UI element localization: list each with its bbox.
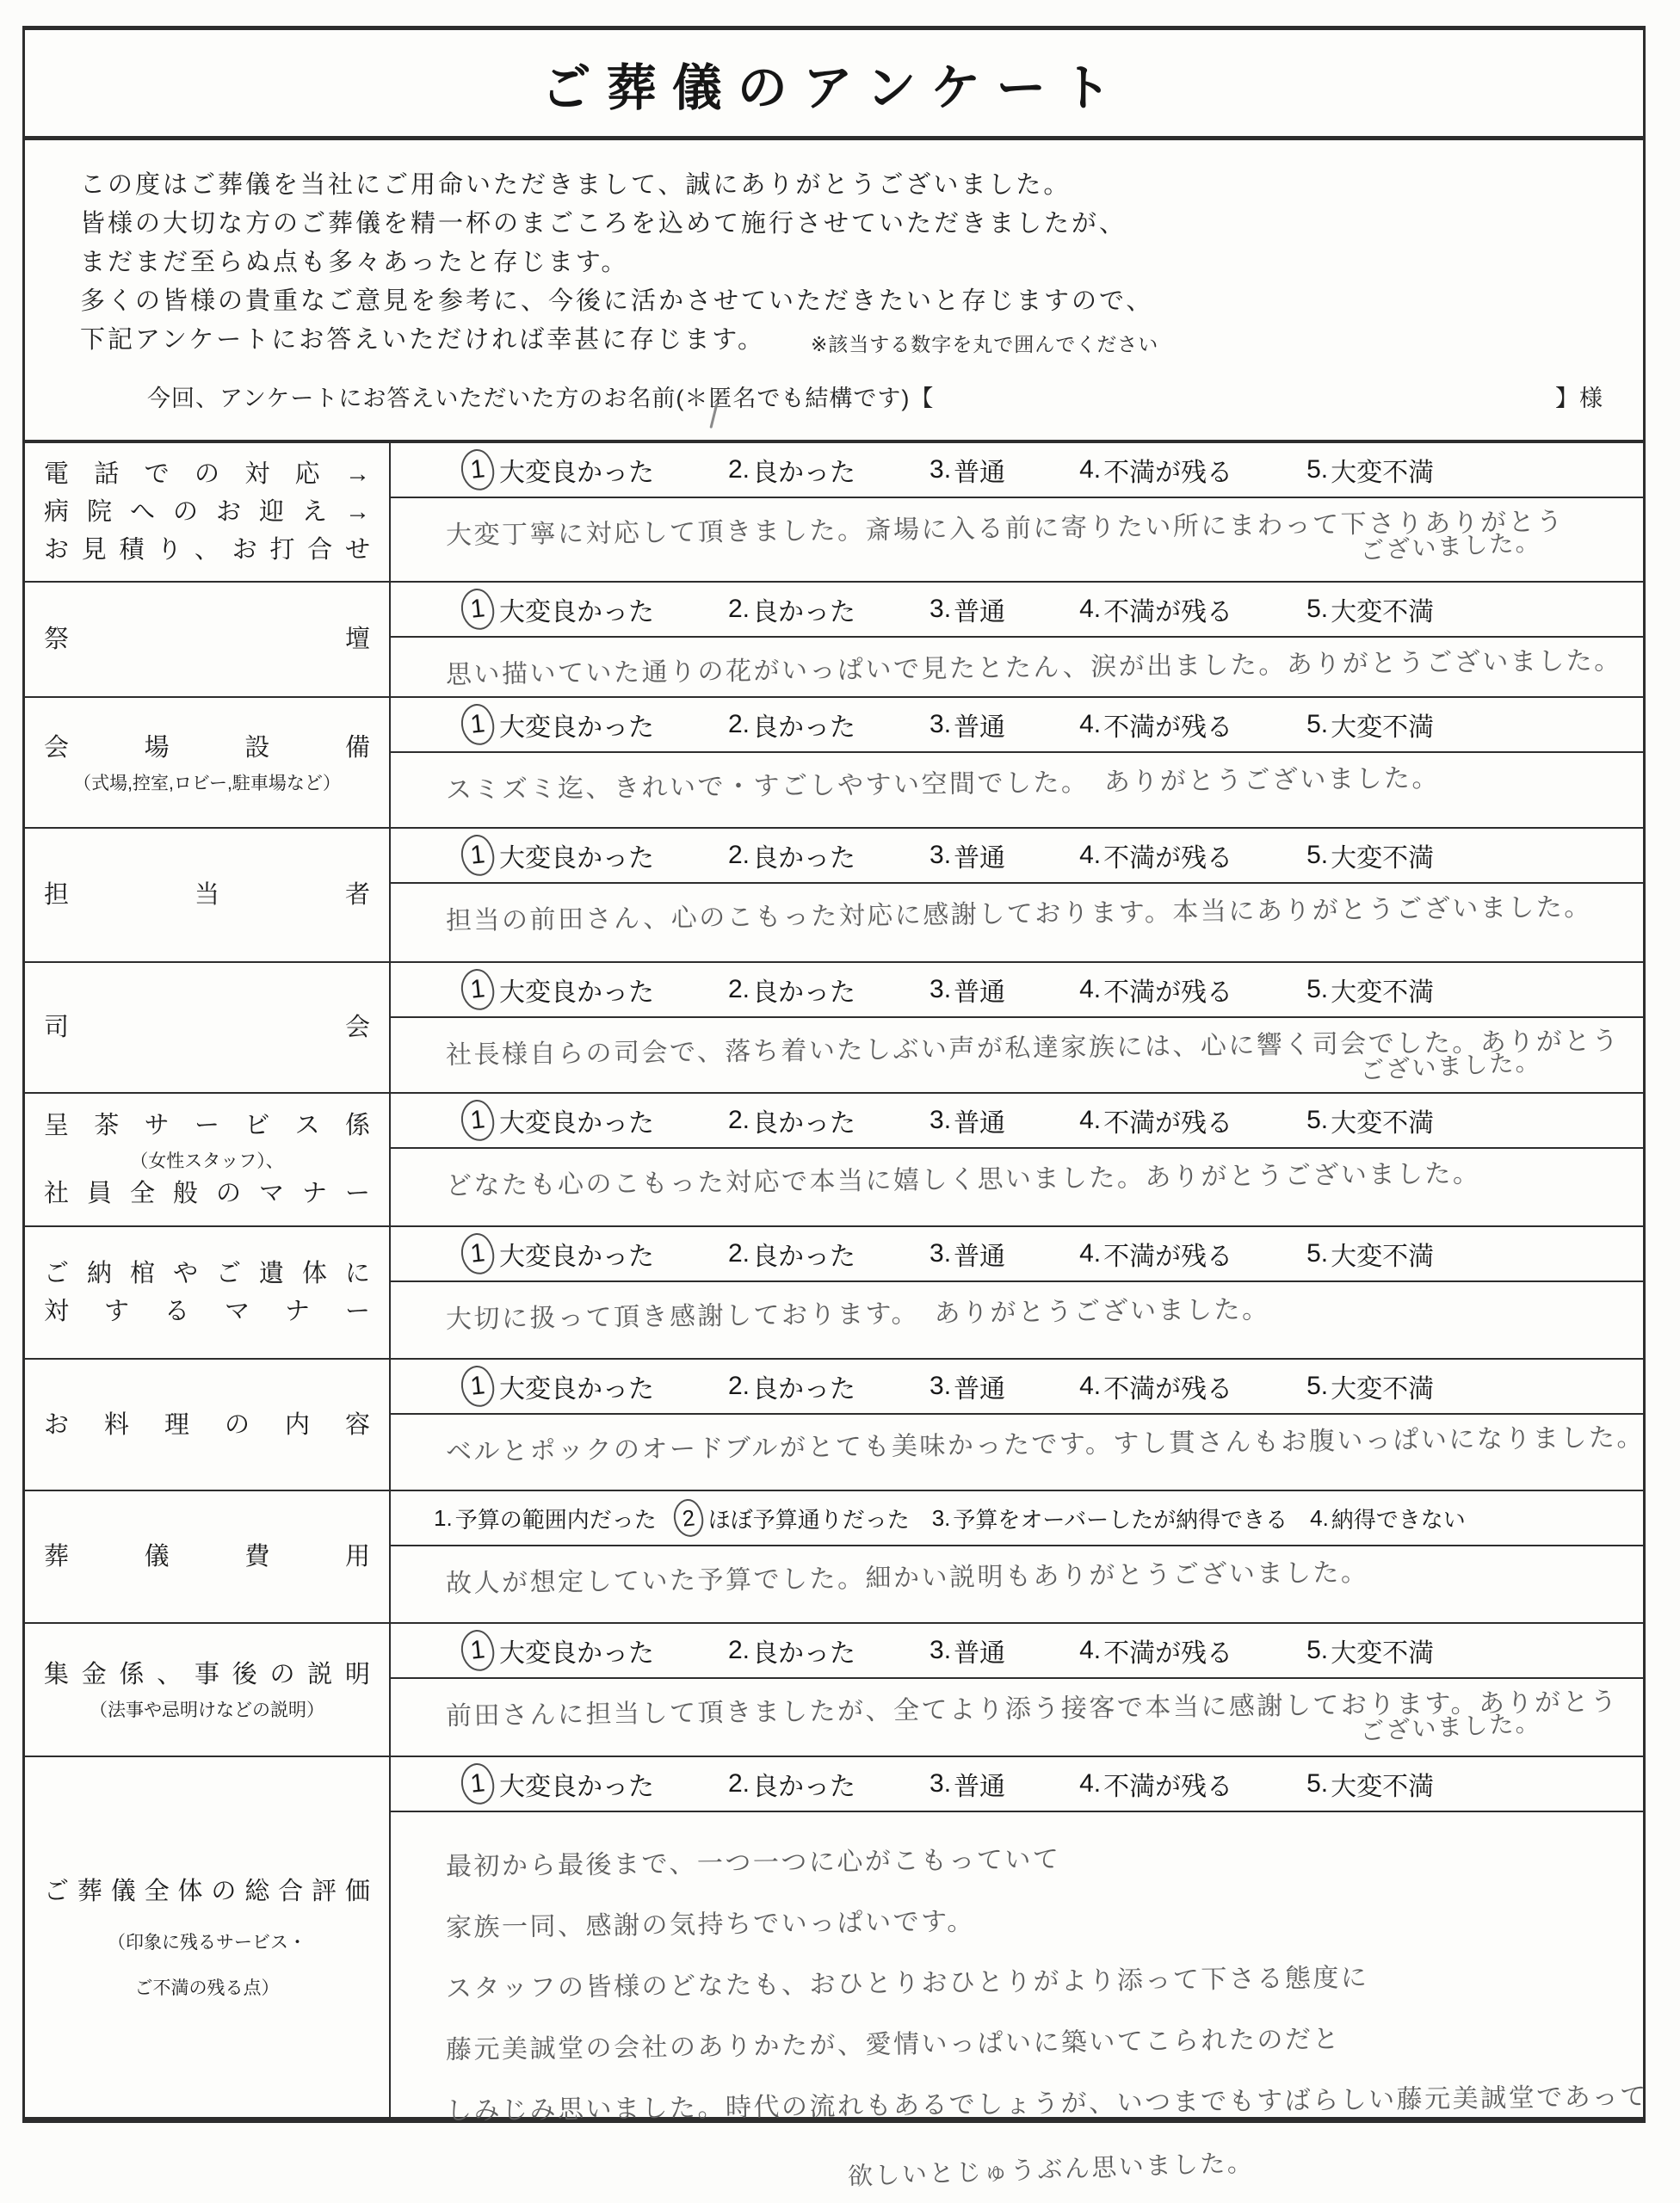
- rating-option: 3.普通: [930, 1235, 1005, 1273]
- category-label: 電話での対応→: [44, 455, 370, 493]
- category-label: （法事や忌明けなどの説明）: [44, 1697, 370, 1724]
- category-label: （女性スタッフ）、: [44, 1148, 370, 1175]
- option-number: 4.: [1310, 1505, 1329, 1532]
- option-number: 5.: [1306, 710, 1328, 739]
- category-label: 葬儀費用: [44, 1538, 370, 1576]
- rating-option: 5.大変不満: [1306, 1367, 1434, 1405]
- circled-number: 1: [460, 702, 497, 747]
- answer-cell: 1大変良かった2.良かった3.普通4.不満が残る5.大変不満 ベルとポックのオー…: [391, 1360, 1643, 1490]
- category-label: ご不満の残る点）: [44, 1975, 370, 2002]
- option-label: 大変良かった: [499, 1632, 654, 1669]
- option-label: 大変良かった: [499, 836, 654, 874]
- category-cell: 呈茶サービス係（女性スタッフ）、社員全般のマナー: [25, 1094, 391, 1225]
- option-label: 普通: [954, 590, 1005, 628]
- rating-option: 3.普通: [930, 451, 1005, 489]
- category-label: お料理の内容: [44, 1406, 370, 1444]
- intro-line: 多くの皆様の貴重なご意見を参考に、今後に活かさせていただきたいと存じますので、: [80, 282, 1626, 321]
- rating-option-selected: 1大変良かった: [466, 1366, 654, 1407]
- rating-option: 5.大変不満: [1306, 590, 1434, 628]
- category-cell: 祭壇: [25, 583, 391, 696]
- rating-option: 4.不満が残る: [1079, 1632, 1232, 1669]
- intro-line: 皆様の大切な方のご葬儀を精一杯のまごころを込めて施行させていただきましたが、: [80, 205, 1626, 244]
- instruction-note: ※該当する数字を丸で囲んでください: [811, 333, 1158, 355]
- option-label: 普通: [954, 451, 1005, 489]
- circled-number: 1: [460, 967, 497, 1012]
- option-label: 普通: [954, 1367, 1005, 1405]
- option-number: 3.: [930, 1106, 951, 1135]
- category-cell: お料理の内容: [25, 1360, 391, 1490]
- option-number: 3.: [930, 1372, 951, 1401]
- option-number: 2.: [728, 975, 750, 1004]
- comment-cell: 担当の前田さん、心のこもった対応に感謝しております。本当にありがとうございました…: [391, 884, 1643, 961]
- category-label: 呈茶サービス係: [44, 1107, 370, 1145]
- option-label: 大変不満: [1331, 706, 1434, 744]
- option-label: 大変良かった: [499, 451, 654, 489]
- circled-number: 1: [460, 1231, 497, 1276]
- page-title: ご葬儀のアンケート: [541, 47, 1127, 120]
- rating-option: 4.不満が残る: [1079, 1765, 1232, 1803]
- option-number: 2.: [728, 455, 750, 484]
- rating-option: 5.大変不満: [1306, 971, 1434, 1009]
- option-number: 5.: [1306, 841, 1328, 870]
- option-number: 4.: [1079, 975, 1101, 1004]
- option-number: 4.: [1079, 1106, 1101, 1135]
- survey-row: 葬儀費用 1.予算の範囲内だった2ほぼ予算通りだった3.予算をオーバーしたが納得…: [25, 1490, 1643, 1622]
- category-label: （式場,控室,ロビー,駐車場など）: [44, 770, 370, 797]
- option-label: 大変不満: [1331, 836, 1434, 874]
- category-cell: 司会: [25, 963, 391, 1092]
- rating-option: 5.大変不満: [1306, 1235, 1434, 1273]
- category-cell: ご納棺やご遺体に対するマナー: [25, 1227, 391, 1358]
- option-label: 大変良かった: [499, 1235, 654, 1273]
- category-label: 会場設備: [44, 729, 370, 767]
- option-number: 5.: [1306, 1636, 1328, 1665]
- rating-option: 2.良かった: [728, 706, 855, 744]
- survey-table: 電話での対応→病院へのお迎え→お見積り、お打合せ 1大変良かった2.良かった3.…: [25, 443, 1643, 2117]
- rating-options: 1大変良かった2.良かった3.普通4.不満が残る5.大変不満: [391, 963, 1643, 1018]
- rating-option: 3.普通: [930, 706, 1005, 744]
- name-prompt: 今回、アンケートにお答えいただいた方のお名前(＊匿名でも結構です)【: [147, 380, 934, 413]
- option-number: 5.: [1306, 455, 1328, 484]
- option-label: 不満が残る: [1103, 1367, 1232, 1405]
- comment-cell: 大変丁寧に対応して頂きました。斎場に入る前に寄りたい所にまわって下さりありがとう…: [391, 498, 1643, 588]
- option-number: 3.: [930, 455, 951, 484]
- rating-option: 5.大変不満: [1306, 706, 1434, 744]
- option-label: 良かった: [752, 451, 855, 489]
- rating-option-selected: 1大変良かった: [466, 704, 654, 745]
- circled-number: 1: [460, 1364, 497, 1409]
- option-number: 4.: [1079, 710, 1101, 739]
- intro-line: まだまだ至らぬ点も多々あったと存じます。: [80, 244, 1626, 282]
- rating-option-selected: 1大変良かった: [466, 969, 654, 1010]
- rating-option: 4.納得できない: [1310, 1503, 1466, 1534]
- option-number: 3.: [930, 710, 951, 739]
- rating-options: 1大変良かった2.良かった3.普通4.不満が残る5.大変不満: [391, 443, 1643, 498]
- circled-number: 1: [460, 447, 497, 492]
- respondent-name-line: 今回、アンケートにお答えいただいた方のお名前(＊匿名でも結構です)【 】様: [80, 380, 1626, 413]
- rating-option: 5.大変不満: [1306, 1632, 1434, 1669]
- rating-option: 3.予算をオーバーしたが納得できる: [932, 1503, 1288, 1534]
- option-number: 4.: [1079, 455, 1101, 484]
- answer-cell: 1.予算の範囲内だった2ほぼ予算通りだった3.予算をオーバーしたが納得できる4.…: [391, 1491, 1643, 1622]
- handwritten-comment: 故人が想定していた予算でした。細かい説明もありがとうございました。: [446, 1546, 1618, 1608]
- intro-line-text: 下記アンケートにお答えいただければ幸甚に存じます。: [80, 326, 765, 354]
- handwritten-comment: 大切に扱って頂き感謝しております。 ありがとうございました。: [446, 1281, 1618, 1344]
- rating-options: 1大変良かった2.良かった3.普通4.不満が残る5.大変不満: [391, 1624, 1643, 1679]
- rating-option-selected: 1大変良かった: [466, 1233, 654, 1274]
- option-label: 良かった: [752, 1632, 855, 1669]
- option-number: 5.: [1306, 1769, 1328, 1799]
- category-cell: 会場設備（式場,控室,ロビー,駐車場など）: [25, 698, 391, 827]
- category-label: ご納棺やご遺体に: [44, 1255, 370, 1293]
- option-number: 4.: [1079, 1769, 1101, 1799]
- option-label: 普通: [954, 971, 1005, 1009]
- rating-option: 4.不満が残る: [1079, 836, 1232, 874]
- option-label: 普通: [954, 836, 1005, 874]
- answer-cell: 1大変良かった2.良かった3.普通4.不満が残る5.大変不満 社長様自らの司会で…: [391, 963, 1643, 1092]
- circled-number: 1: [460, 1628, 497, 1673]
- category-label: 司会: [44, 1009, 370, 1046]
- comment-cell: 最初から最後まで、一つ一つに心がこもっていて家族一同、感謝の気持ちでいっぱいです…: [391, 1812, 1643, 2145]
- option-label: ほぼ予算通りだった: [708, 1503, 910, 1534]
- rating-option: 3.普通: [930, 971, 1005, 1009]
- comment-cell: 大切に扱って頂き感謝しております。 ありがとうございました。: [391, 1282, 1643, 1358]
- option-label: 良かった: [752, 836, 855, 874]
- option-label: 普通: [954, 1632, 1005, 1669]
- option-label: 不満が残る: [1103, 706, 1232, 744]
- category-label: 病院へのお迎え→: [44, 493, 370, 531]
- option-label: 普通: [954, 1765, 1005, 1803]
- option-label: 大変不満: [1331, 1632, 1434, 1669]
- option-label: 普通: [954, 706, 1005, 744]
- rating-option-selected: 1大変良かった: [466, 449, 654, 491]
- rating-option-selected: 2ほぼ予算通りだった: [679, 1499, 910, 1537]
- circled-number: 2: [671, 1497, 704, 1538]
- rating-option: 2.良かった: [728, 1632, 855, 1669]
- answer-cell: 1大変良かった2.良かった3.普通4.不満が残る5.大変不満 最初から最後まで、…: [391, 1757, 1643, 2117]
- survey-row: 司会 1大変良かった2.良かった3.普通4.不満が残る5.大変不満 社長様自らの…: [25, 961, 1643, 1092]
- category-label: 集金係、事後の説明: [44, 1656, 370, 1694]
- option-label: 普通: [954, 1235, 1005, 1273]
- intro-section: この度はご葬儀を当社にご用命いただきまして、誠にありがとうございました。 皆様の…: [25, 140, 1643, 443]
- option-label: 不満が残る: [1103, 1235, 1232, 1273]
- option-label: 不満が残る: [1103, 971, 1232, 1009]
- rating-option: 4.不満が残る: [1079, 706, 1232, 744]
- option-label: 大変良かった: [499, 1367, 654, 1405]
- form-frame: ご葬儀のアンケート この度はご葬儀を当社にご用命いただきまして、誠にありがとうご…: [22, 26, 1646, 2123]
- handwritten-comment: しみじみ思いました。時代の流れもあるでしょうが、いつまでもすばらしい藤元美誠堂で…: [446, 2066, 1618, 2142]
- option-number: 3.: [930, 1636, 951, 1665]
- survey-row: お料理の内容 1大変良かった2.良かった3.普通4.不満が残る5.大変不満 ベル…: [25, 1358, 1643, 1490]
- survey-row: 電話での対応→病院へのお迎え→お見積り、お打合せ 1大変良かった2.良かった3.…: [25, 443, 1643, 581]
- option-label: 大変不満: [1331, 1367, 1434, 1405]
- option-number: 3.: [930, 975, 951, 1004]
- comment-cell: 思い描いていた通りの花がいっぱいで見たとたん、涙が出ました。ありがとうございまし…: [391, 638, 1643, 703]
- comment-cell: 社長様自らの司会で、落ち着いたしぶい声が私達家族には、心に響く司会でした。ありが…: [391, 1018, 1643, 1108]
- option-label: 不満が残る: [1103, 836, 1232, 874]
- rating-option: 3.普通: [930, 1632, 1005, 1669]
- category-label: 祭壇: [44, 620, 370, 658]
- option-label: 不満が残る: [1103, 1765, 1232, 1803]
- option-label: 大変不満: [1331, 1765, 1434, 1803]
- scanned-survey-form: ご葬儀のアンケート この度はご葬儀を当社にご用命いただきまして、誠にありがとうご…: [0, 0, 1680, 2203]
- category-cell: ご葬儀全体の総合評価（印象に残るサービス・ご不満の残る点）: [25, 1757, 391, 2117]
- comment-cell: 前田さんに担当して頂きましたが、全てより添う接客で本当に感謝しております。ありが…: [391, 1679, 1643, 1768]
- rating-option: 5.大変不満: [1306, 1765, 1434, 1803]
- rating-option: 3.普通: [930, 1367, 1005, 1405]
- answer-cell: 1大変良かった2.良かった3.普通4.不満が残る5.大変不満 担当の前田さん、心…: [391, 829, 1643, 961]
- rating-option: 2.良かった: [728, 1235, 855, 1273]
- option-number: 4.: [1079, 1372, 1101, 1401]
- survey-row: 会場設備（式場,控室,ロビー,駐車場など） 1大変良かった2.良かった3.普通4…: [25, 696, 1643, 827]
- rating-option: 3.普通: [930, 1765, 1005, 1803]
- option-label: 不満が残る: [1103, 1632, 1232, 1669]
- option-number: 5.: [1306, 1372, 1328, 1401]
- survey-row: 担当者 1大変良かった2.良かった3.普通4.不満が残る5.大変不満 担当の前田…: [25, 827, 1643, 961]
- rating-option: 2.良かった: [728, 836, 855, 874]
- option-number: 2.: [728, 1239, 750, 1268]
- rating-options: 1大変良かった2.良かった3.普通4.不満が残る5.大変不満: [391, 698, 1643, 753]
- rating-option: 2.良かった: [728, 1367, 855, 1405]
- option-number: 4.: [1079, 841, 1101, 870]
- option-label: 良かった: [752, 1367, 855, 1405]
- option-label: 大変不満: [1331, 1235, 1434, 1273]
- survey-row: ご葬儀全体の総合評価（印象に残るサービス・ご不満の残る点） 1大変良かった2.良…: [25, 1756, 1643, 2117]
- rating-option: 3.普通: [930, 590, 1005, 628]
- option-number: 3.: [932, 1505, 951, 1532]
- overflow-handwriting: 欲しいとじゅうぶん思いました。: [847, 2139, 1255, 2201]
- survey-row: 祭壇 1大変良かった2.良かった3.普通4.不満が残る5.大変不満 思い描いてい…: [25, 581, 1643, 696]
- category-label: 担当者: [44, 876, 370, 914]
- intro-line: 下記アンケートにお答えいただければ幸甚に存じます。 ※該当する数字を丸で囲んでく…: [80, 321, 1626, 361]
- option-label: 不満が残る: [1103, 590, 1232, 628]
- rating-option: 2.良かった: [728, 971, 855, 1009]
- rating-option: 2.良かった: [728, 451, 855, 489]
- rating-option: 5.大変不満: [1306, 451, 1434, 489]
- rating-option: 4.不満が残る: [1079, 451, 1232, 489]
- rating-options: 1大変良かった2.良かった3.普通4.不満が残る5.大変不満: [391, 829, 1643, 884]
- option-number: 1.: [434, 1505, 453, 1532]
- option-label: 大変不満: [1331, 971, 1434, 1009]
- answer-cell: 1大変良かった2.良かった3.普通4.不満が残る5.大変不満 大切に扱って頂き感…: [391, 1227, 1643, 1358]
- rating-option: 4.不満が残る: [1079, 590, 1232, 628]
- option-number: 5.: [1306, 1106, 1328, 1135]
- answer-cell: 1大変良かった2.良かった3.普通4.不満が残る5.大変不満 大変丁寧に対応して…: [391, 443, 1643, 581]
- handwritten-comment: 担当の前田さん、心のこもった対応に感謝しております。本当にありがとうございました…: [446, 883, 1618, 946]
- option-number: 3.: [930, 841, 951, 870]
- option-label: 不満が残る: [1103, 451, 1232, 489]
- category-cell: 葬儀費用: [25, 1491, 391, 1622]
- intro-line: この度はご葬儀を当社にご用命いただきまして、誠にありがとうございました。: [80, 166, 1626, 205]
- rating-option: 4.不満が残る: [1079, 971, 1232, 1009]
- rating-options: 1.予算の範囲内だった2ほぼ予算通りだった3.予算をオーバーしたが納得できる4.…: [391, 1491, 1643, 1546]
- option-label: 大変良かった: [499, 706, 654, 744]
- category-cell: 集金係、事後の説明（法事や忌明けなどの説明）: [25, 1624, 391, 1756]
- option-number: 2.: [728, 841, 750, 870]
- category-label: 対するマナー: [44, 1293, 370, 1330]
- option-number: 3.: [930, 1239, 951, 1268]
- name-suffix: 】様: [1555, 380, 1603, 413]
- comment-cell: どなたも心のこもった対応で本当に嬉しく思いました。ありがとうございました。: [391, 1149, 1643, 1225]
- handwritten-comment: スミズミ迄、きれいで・すごしやすい空間でした。 ありがとうございました。: [446, 752, 1618, 815]
- option-label: 大変不満: [1331, 451, 1434, 489]
- rating-option-selected: 1大変良かった: [466, 835, 654, 876]
- option-label: 良かった: [752, 971, 855, 1009]
- option-number: 4.: [1079, 1239, 1101, 1268]
- survey-row: ご納棺やご遺体に対するマナー 1大変良かった2.良かった3.普通4.不満が残る5…: [25, 1225, 1643, 1358]
- handwritten-comment: どなたも心のこもった対応で本当に嬉しく思いました。ありがとうございました。: [446, 1148, 1618, 1211]
- category-label: 社員全般のマナー: [44, 1175, 370, 1213]
- handwritten-comment: ベルとポックのオードブルがとても美味かったです。すし貫さんもお腹いっぱいになりま…: [446, 1414, 1618, 1477]
- option-number: 2.: [728, 1372, 750, 1401]
- option-label: 納得できない: [1331, 1503, 1466, 1534]
- option-label: 予算の範囲内だった: [455, 1503, 657, 1534]
- option-number: 2.: [728, 1636, 750, 1665]
- option-number: 3.: [930, 595, 951, 624]
- option-label: 予算をオーバーしたが納得できる: [953, 1503, 1288, 1534]
- form-title-box: ご葬儀のアンケート: [25, 30, 1643, 140]
- rating-option-selected: 1大変良かった: [466, 1630, 654, 1671]
- comment-cell: スミズミ迄、きれいで・すごしやすい空間でした。 ありがとうございました。: [391, 753, 1643, 827]
- category-cell: 担当者: [25, 829, 391, 961]
- rating-option: 3.普通: [930, 836, 1005, 874]
- answer-cell: 1大変良かった2.良かった3.普通4.不満が残る5.大変不満 前田さんに担当して…: [391, 1624, 1643, 1756]
- comment-cell: 故人が想定していた予算でした。細かい説明もありがとうございました。: [391, 1546, 1643, 1622]
- option-number: 5.: [1306, 1239, 1328, 1268]
- option-label: 大変不満: [1331, 590, 1434, 628]
- rating-option: 5.大変不満: [1306, 836, 1434, 874]
- comment-cell: ベルとポックのオードブルがとても美味かったです。すし貫さんもお腹いっぱいになりま…: [391, 1415, 1643, 1490]
- category-label: ご葬儀全体の総合評価: [44, 1873, 370, 1910]
- rating-option: 1.予算の範囲内だった: [434, 1503, 657, 1534]
- option-label: 良かった: [752, 1235, 855, 1273]
- rating-option: 4.不満が残る: [1079, 1235, 1232, 1273]
- rating-option: 4.不満が残る: [1079, 1367, 1232, 1405]
- option-label: 大変良かった: [499, 971, 654, 1009]
- option-number: 4.: [1079, 1636, 1101, 1665]
- option-label: 良かった: [752, 706, 855, 744]
- rating-options: 1大変良かった2.良かった3.普通4.不満が残る5.大変不満: [391, 1360, 1643, 1415]
- option-number: 3.: [930, 1769, 951, 1799]
- rating-options: 1大変良かった2.良かった3.普通4.不満が残る5.大変不満: [391, 1227, 1643, 1282]
- category-label: お見積り、お打合せ: [44, 531, 370, 569]
- option-number: 5.: [1306, 595, 1328, 624]
- survey-row: 集金係、事後の説明（法事や忌明けなどの説明） 1大変良かった2.良かった3.普通…: [25, 1622, 1643, 1756]
- category-cell: 電話での対応→病院へのお迎え→お見積り、お打合せ: [25, 443, 391, 581]
- option-number: 4.: [1079, 595, 1101, 624]
- answer-cell: 1大変良かった2.良かった3.普通4.不満が残る5.大変不満 スミズミ迄、きれい…: [391, 698, 1643, 827]
- handwritten-comment: 思い描いていた通りの花がいっぱいで見たとたん、涙が出ました。ありがとうございまし…: [446, 637, 1618, 700]
- circled-number: 1: [460, 833, 497, 878]
- category-label: （印象に残るサービス・: [44, 1929, 370, 1956]
- option-number: 2.: [728, 710, 750, 739]
- option-number: 5.: [1306, 975, 1328, 1004]
